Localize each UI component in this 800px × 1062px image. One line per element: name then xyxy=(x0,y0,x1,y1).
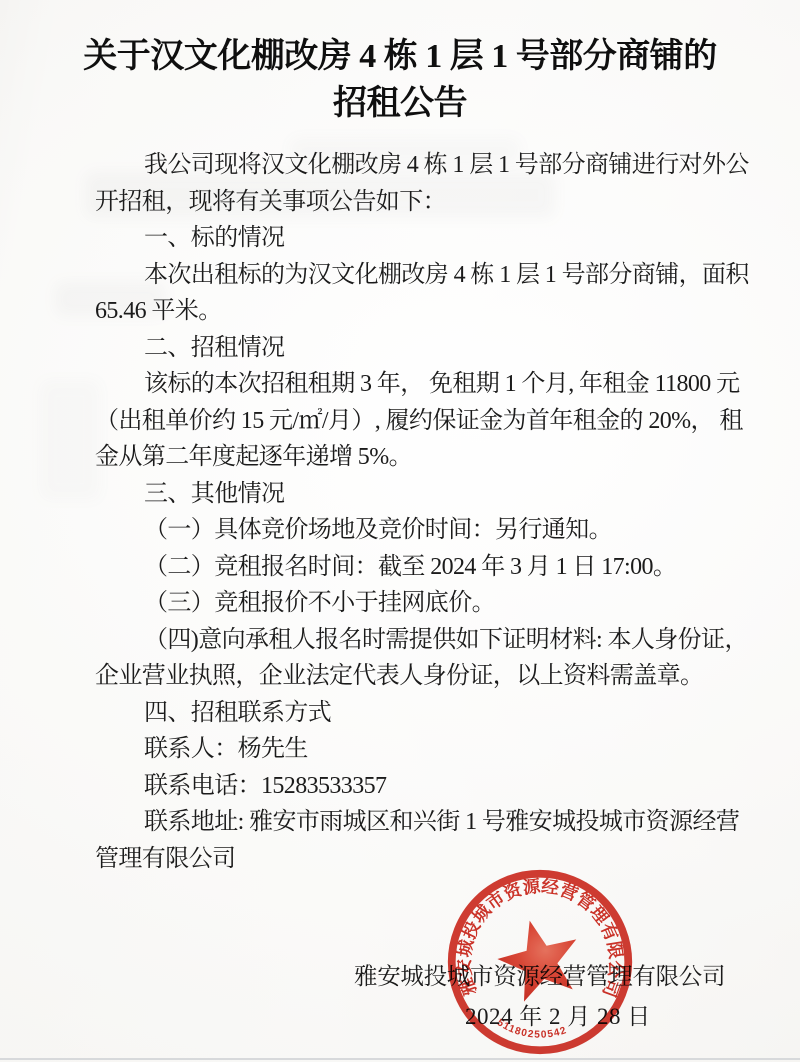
title-line-1: 关于汉文化棚改房 4 栋 1 层 1 号部分商铺的 xyxy=(0,33,800,80)
bleed-through-smudge xyxy=(40,380,100,500)
body-line: 联系人：杨先生 xyxy=(95,731,715,768)
document-page: 关于汉文化棚改房 4 栋 1 层 1 号部分商铺的 招租公告 我公司现将汉文化棚… xyxy=(0,0,800,1062)
body-line: （一）具体竞价场地及竞价时间：另行通知。 xyxy=(95,512,715,549)
body-line: （出租单价约 15 元/㎡/月）, 履约保证金为首年租金的 20%， 租 xyxy=(95,403,715,440)
body-line: 联系电话：15283533357 xyxy=(95,768,715,805)
body-line: 本次出租标的为汉文化棚改房 4 栋 1 层 1 号部分商铺，面积 xyxy=(95,257,715,294)
body-line: 二、招租情况 xyxy=(95,330,715,367)
body-line: 我公司现将汉文化棚改房 4 栋 1 层 1 号部分商铺进行对外公 xyxy=(95,147,715,184)
body-line: 三、其他情况 xyxy=(95,476,715,513)
signature-company: 雅安城投城市资源经营管理有限公司 xyxy=(354,957,725,991)
body-line: 四、招租联系方式 xyxy=(95,695,715,732)
body-line: 65.46 平米。 xyxy=(95,293,715,330)
body-line: 一、标的情况 xyxy=(95,220,715,257)
body-line: 管理有限公司 xyxy=(95,841,715,878)
document-body: 我公司现将汉文化棚改房 4 栋 1 层 1 号部分商铺进行对外公开招租，现将有关… xyxy=(95,147,715,877)
page-title: 关于汉文化棚改房 4 栋 1 层 1 号部分商铺的 招租公告 xyxy=(0,33,800,127)
title-line-2: 招租公告 xyxy=(0,80,800,127)
body-line: （二）竞租报名时间：截至 2024 年 3 月 1 日 17:00。 xyxy=(95,549,715,586)
body-line: 企业营业执照，企业法定代表人身份证，以上资料需盖章。 xyxy=(95,658,715,695)
body-line: 开招租，现将有关事项公告如下： xyxy=(95,184,715,221)
body-line: 联系地址: 雅安市雨城区和兴街 1 号雅安城投城市资源经营 xyxy=(95,804,715,841)
body-line: （四)意向承租人报名时需提供如下证明材料: 本人身份证， xyxy=(95,622,715,659)
scan-edge-line xyxy=(0,1058,800,1060)
body-line: （三）竞租报价不小于挂网底价。 xyxy=(95,585,715,622)
body-line: 该标的本次招租租期 3 年， 免租期 1 个月, 年租金 11800 元 xyxy=(95,366,715,403)
body-line: 金从第二年度起逐年递增 5%。 xyxy=(95,439,715,476)
signature-date: 2024 年 2 月 28 日 xyxy=(465,998,651,1031)
